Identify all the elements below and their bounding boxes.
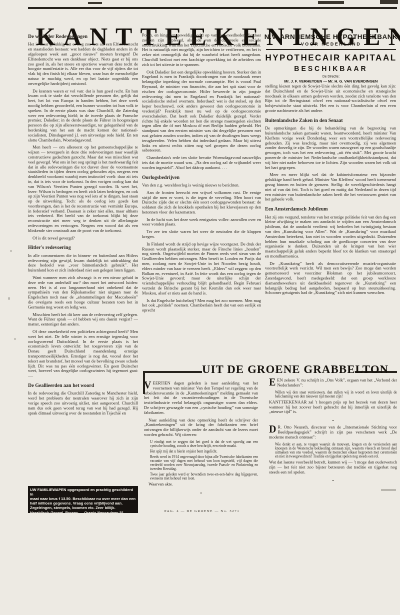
quote-paragraph: Reeds werd in 1914 ongevraagd door bijna… <box>150 455 258 471</box>
body-paragraph: In de lucht was het deze week eenigszins… <box>142 217 261 227</box>
quote-paragraph: Het spijt mij dat u hierin onjuist bent … <box>150 449 258 453</box>
ad-availability: BESCHIKBAAR <box>264 64 398 72</box>
body-paragraph: Het is maar gelukkig dat er nog zoo iets… <box>28 42 138 86</box>
article-heading-senaat: Buitenlandsche Zaken in den Senaat <box>265 118 396 124</box>
ad-director-names: Mr. J. F. VERHEYDEN — Mr. H. G. VAN EVER… <box>264 79 398 83</box>
body-paragraph: Is dat Engelsche huichelarij? Men mag he… <box>142 298 261 313</box>
body-paragraph: Ook Daladier liet een dergelijke opwekki… <box>142 70 261 153</box>
body-paragraph: In Finland wordt de strijd op hevige wij… <box>142 242 261 296</box>
body-paragraph: Men heeft — om allereerst op het gemeens… <box>28 145 138 233</box>
grabbelton-rule-left <box>143 371 202 373</box>
section-separator-bullet: • <box>144 491 258 496</box>
scan-mark <box>318 1 344 4</box>
scan-mark <box>380 0 398 4</box>
quote-paragraph: Willen wij den staat vernieuwen, dan zul… <box>275 390 397 398</box>
quote-paragraph: Twee jaar geleden werd er bovendien twee… <box>150 473 258 481</box>
paragraph-text: R. Otto Neurath, directeur van de „Inter… <box>269 425 397 440</box>
column-left: De week der Redevoeringen Het is maar ge… <box>28 33 138 483</box>
body-paragraph: Aan de fronten heerscht een vrijwel volk… <box>142 190 261 214</box>
grabbelton-column-right: EEN zekere V. nu schrijft in „Ons Volk”,… <box>269 378 397 518</box>
body-paragraph: DR. Otto Neurath, directeur van de „Inte… <box>269 425 397 440</box>
scan-mark <box>88 2 102 4</box>
ad-directie-label: De Directie: <box>264 75 398 79</box>
ad-product-line: HYPOTHECAIR KAPITAAL <box>264 53 398 63</box>
column-right: stelling kiezen tegen de Sowjet-Unie sle… <box>265 84 396 372</box>
body-paragraph: Polen, en hing een geweldig beeld op van… <box>142 33 261 67</box>
top-rule <box>28 7 397 9</box>
page-footer: PAG. 4 — DE GROENE — No. 3271 <box>152 509 252 513</box>
article-heading-geallieerden: De Geallieerden aan het woord <box>28 383 138 389</box>
grabbelton-title: UIT DE GROENE GRABBELTON <box>202 364 355 376</box>
body-paragraph: Meer en meer blijkt wel dat de kabinetsf… <box>265 173 396 202</box>
quote-paragraph: U eindigt met te zeggen dat het goed is … <box>150 440 258 448</box>
drop-cap: D <box>269 426 276 434</box>
body-paragraph: Het zij ons vergund, tenslotte van het e… <box>265 215 396 259</box>
quote-paragraph: Wie denkt er aan, te vragen waaruit de m… <box>275 442 397 458</box>
grabbelton-column-left: VEERTIEN dagen geleden is naar aanleidin… <box>144 381 258 511</box>
body-paragraph: In alle commentaren die in binnen- en bu… <box>28 253 138 273</box>
body-paragraph: De opmerkingen die bij de behandeling va… <box>265 126 396 170</box>
paragraph-text: EN zekere V. nu schrijft in „Ons Volk”, … <box>277 378 397 387</box>
body-paragraph: Van den z.g. wereldoorlog is weinig nieu… <box>142 183 261 188</box>
body-paragraph: In de redevoering die Churchill Zaterdag… <box>28 391 138 415</box>
body-paragraph: Waarvan akte. <box>144 482 258 487</box>
scan-speck <box>14 338 16 340</box>
body-paragraph: Wat dat laatste voorbeeld betreft, kunne… <box>269 460 397 475</box>
section-separator-bullet: • <box>269 418 397 423</box>
column-middle: Polen, en hing een geweldig beeld op van… <box>142 33 261 363</box>
section-separator-bullet: • <box>269 478 397 483</box>
body-paragraph: Of deze onzekerheid een politieken achte… <box>28 330 138 379</box>
paragraph-text: EERTIEN dagen geleden is naar aanleiding… <box>144 381 258 415</box>
article-heading-hitler: Hitler's redevoering <box>28 245 138 251</box>
body-paragraph: De „Kunstkring” heeft als democratiseere… <box>265 261 396 295</box>
body-paragraph: Want wanneer men zich afvraagt: is er ee… <box>28 276 138 310</box>
newspaper-page: KANTTEEKENINGEN De week der Redevoeringe… <box>0 0 400 615</box>
ad-company-name: N.V. ARNHEMSCHE HYPOTHEEKBANK <box>264 33 398 41</box>
ad-country: VOOR NEDERLAND <box>264 42 398 47</box>
ad-text-line: UW FAMILIEWAPEN opgespoord en prachtig g… <box>30 488 136 497</box>
body-paragraph: Of is dit teveel gevergd? <box>28 236 138 241</box>
body-paragraph: Ter zee ten slotte waren het weer de neu… <box>142 230 261 240</box>
body-paragraph: Naar aanleiding van deze opmerking heeft… <box>144 418 258 438</box>
body-paragraph: EEN zekere V. nu schrijft in „Ons Volk”,… <box>269 378 397 388</box>
grabbelton-section: UIT DE GROENE GRABBELTON VEERTIEN dagen … <box>142 364 398 516</box>
body-paragraph: De kranten waren er vol van: dat is hun … <box>28 89 138 143</box>
body-paragraph: VEERTIEN dagen geleden is naar aanleidin… <box>144 381 258 415</box>
ad-text-line: Heraldisch Geneal. Bureau — Oranje Nassa… <box>30 510 136 513</box>
drop-cap: E <box>269 379 276 387</box>
article-heading-redevoeringen: De week der Redevoeringen <box>28 34 138 40</box>
article-heading-jubileum: Een Amsterdamsch Jubileum <box>265 207 396 213</box>
familiewapen-ad: UW FAMILIEWAPEN opgespoord en prachtig g… <box>28 486 138 513</box>
scan-speck <box>10 250 12 252</box>
body-paragraph: Chamberlain's rede ten slotte bevatte Wo… <box>142 156 261 171</box>
body-paragraph: KANTTEEKENAAR zal 't hoogen prijs op het… <box>269 400 397 415</box>
drop-cap: V <box>144 382 151 390</box>
body-paragraph: Misschien heeft het dit keer aan de rede… <box>28 312 138 327</box>
body-paragraph: stelling kiezen tegen de Sowjet-Unie sle… <box>265 84 396 113</box>
ad-divider-rule <box>266 49 396 50</box>
hypotheekbank-ad: N.V. ARNHEMSCHE HYPOTHEEKBANK VOOR NEDER… <box>264 30 398 83</box>
scan-speck <box>8 297 10 300</box>
article-heading-oorlogsbedrijven: Oorlogsbedrijven <box>142 175 261 181</box>
